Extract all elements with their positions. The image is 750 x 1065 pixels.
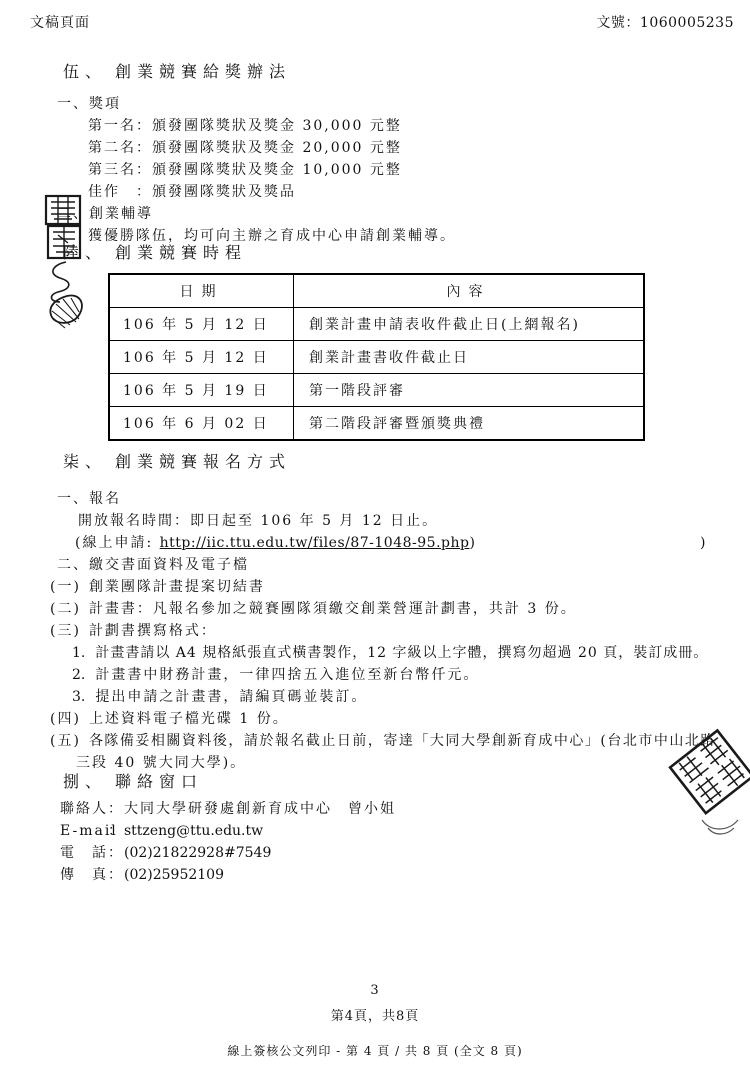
section-5-heading: 伍、創業競賽給獎辦法 <box>63 62 291 82</box>
section-7-heading: 柒、創業競賽報名方式 <box>63 452 291 472</box>
signup-open-time: 開放報名時間：即日起至 106 年 5 月 12 日止。 <box>78 512 438 530</box>
list-number: 2. <box>72 667 85 683</box>
list-text: 計畫書請以 A4 規格紙張直式橫書製作，12 字級以上字體，撰寫勿超過 20 頁… <box>95 645 708 661</box>
awards-item-2: 二、創業輔導 <box>57 205 153 223</box>
section-8-number: 捌、 <box>63 772 107 792</box>
table-row: 106 年 6 月 02 日 第二階段評審暨頒獎典禮 <box>109 407 644 441</box>
section-7-number: 柒、 <box>63 452 107 472</box>
colon: ： <box>108 845 124 861</box>
url-suffix: ) <box>469 535 474 551</box>
list-text: 計畫書中財務計畫，一律四捨五入進位至新台幣仟元。 <box>95 667 479 683</box>
date-cell: 106 年 5 月 19 日 <box>109 374 294 407</box>
url-prefix: (線上申請: <box>75 535 160 551</box>
section-7-title: 創業競賽報名方式 <box>115 452 291 472</box>
award-line-3: 第三名：頒發團隊獎狀及獎金 10,000 元整 <box>88 161 402 179</box>
awards-item-1: 一、獎項 <box>57 95 121 113</box>
signup-item-2: 二、繳交書面資料及電子檔 <box>57 556 249 574</box>
numbered-item-1: 1.計畫書請以 A4 規格紙張直式橫書製作，12 字級以上字體，撰寫勿超過 20… <box>72 644 708 662</box>
list-number: 一、 <box>57 95 89 113</box>
contact-label: 聯絡人 <box>60 800 108 818</box>
paren-item-1: (一)創業團隊計畫提案切結書 <box>50 578 265 596</box>
date-cell: 106 年 5 月 12 日 <box>109 308 294 341</box>
content-cell: 第二階段評審暨頒獎典禮 <box>294 407 645 441</box>
contact-phone-row: 電 話：(02)21822928#7549 <box>60 844 271 862</box>
list-number: 3. <box>72 689 85 705</box>
table-row: 106 年 5 月 12 日 創業計畫書收件截止日 <box>109 341 644 374</box>
list-text: 創業輔導 <box>89 206 153 222</box>
content-cell: 創業計畫書收件截止日 <box>294 341 645 374</box>
colon: ： <box>108 867 124 883</box>
list-number: 一、 <box>57 490 89 508</box>
page-header-left: 文稿頁面 <box>30 12 90 32</box>
contact-label: 電 話 <box>60 844 108 862</box>
list-number: (三) <box>50 623 81 639</box>
paren-item-5-continuation: 三段 40 號大同大學)。 <box>76 754 246 772</box>
contact-fax-value: (02)25952109 <box>124 867 224 883</box>
list-text: 計畫書：凡報名參加之競賽團隊須繳交創業營運計劃書，共計 3 份。 <box>89 601 577 617</box>
section-5-title: 創業競賽給獎辦法 <box>115 62 291 82</box>
contact-label: 傳 真 <box>60 866 108 884</box>
contact-fax-row: 傳 真：(02)25952109 <box>60 866 224 884</box>
table-header-row: 日期 內容 <box>109 274 644 308</box>
page-number-zh: 第4頁，共8頁 <box>0 1008 750 1026</box>
list-number: (四) <box>50 711 81 727</box>
section-8-heading: 捌、聯絡窗口 <box>63 772 203 792</box>
award-line-1: 第一名：頒發團隊獎狀及獎金 30,000 元整 <box>88 117 402 135</box>
content-cell: 第一階段評審 <box>294 374 645 407</box>
list-text: 提出申請之計畫書，請編頁碼並裝訂。 <box>95 689 367 705</box>
signup-item-1: 一、報名 <box>57 490 121 508</box>
section-6-number: 陸、 <box>63 243 107 263</box>
document-page: 文稿頁面 文號：1060005235 伍、創業競賽給獎辦法 一、獎項 第一名：頒… <box>0 0 750 1065</box>
numbered-item-3: 3.提出申請之計畫書，請編頁碼並裝訂。 <box>72 688 367 706</box>
contact-value: 大同大學研發處創新育成中心 曾小姐 <box>124 801 396 817</box>
section-6-title: 創業競賽時程 <box>115 243 247 263</box>
list-number: 1. <box>72 645 85 661</box>
list-number: (一) <box>50 579 81 595</box>
colon: ： <box>108 801 124 817</box>
list-text: 上述資料電子檔光碟 1 份。 <box>89 711 289 727</box>
list-text: 計劃書撰寫格式： <box>89 623 217 639</box>
date-cell: 106 年 6 月 02 日 <box>109 407 294 441</box>
contact-label: E-mail <box>60 822 108 840</box>
list-text: 創業團隊計畫提案切結書 <box>89 579 265 595</box>
list-number: (二) <box>50 601 81 617</box>
schedule-table: 日期 內容 106 年 5 月 12 日 創業計畫申請表收件截止日(上網報名) … <box>108 273 645 441</box>
list-text: 各隊備妥相關資料後，請於報名截止日前，寄達「大同大學創新育成中心」(台北市中山北… <box>89 733 716 749</box>
page-number-small: 3 <box>0 982 750 1000</box>
list-number: (五) <box>50 733 81 749</box>
table-row: 106 年 5 月 12 日 創業計畫申請表收件截止日(上網報名) <box>109 308 644 341</box>
award-line-2: 第二名：頒發團隊獎狀及獎金 20,000 元整 <box>88 139 402 157</box>
list-number: 二、 <box>57 556 89 574</box>
section-8-title: 聯絡窗口 <box>115 772 203 792</box>
section-5-number: 伍、 <box>63 62 107 82</box>
list-text: 獎項 <box>89 96 121 112</box>
apply-url-link[interactable]: http://iic.ttu.edu.tw/files/87-1048-95.p… <box>160 535 470 551</box>
contact-phone-value: (02)21822928#7549 <box>124 845 271 861</box>
section-6-heading: 陸、創業競賽時程 <box>63 243 247 263</box>
column-header-date: 日期 <box>109 274 294 308</box>
date-cell: 106 年 5 月 12 日 <box>109 341 294 374</box>
contact-email-row: E-mail：sttzeng@ttu.edu.tw <box>60 822 263 840</box>
paren-item-3: (三)計劃書撰寫格式： <box>50 622 217 640</box>
paren-item-2: (二)計畫書：凡報名參加之競賽團隊須繳交創業營運計劃書，共計 3 份。 <box>50 600 577 618</box>
numbered-item-2: 2.計畫書中財務計畫，一律四捨五入進位至新台幣仟元。 <box>72 666 479 684</box>
stray-paren: ) <box>700 534 705 552</box>
colon: ： <box>108 823 124 839</box>
online-apply-line: (線上申請: http://iic.ttu.edu.tw/files/87-10… <box>75 534 475 552</box>
table-row: 106 年 5 月 19 日 第一階段評審 <box>109 374 644 407</box>
list-text: 報名 <box>89 491 121 507</box>
contact-email-value[interactable]: sttzeng@ttu.edu.tw <box>124 823 263 839</box>
print-footer: 線上簽核公文列印 - 第 4 頁 / 共 8 頁 (全文 8 頁) <box>0 1042 750 1060</box>
column-header-content: 內容 <box>294 274 645 308</box>
paren-item-5: (五)各隊備妥相關資料後，請於報名截止日前，寄達「大同大學創新育成中心」(台北市… <box>50 732 716 750</box>
award-line-4: 佳作 ：頒發團隊獎狀及獎品 <box>88 183 296 201</box>
document-number: 文號：1060005235 <box>596 12 734 32</box>
list-text: 繳交書面資料及電子檔 <box>89 557 249 573</box>
paren-item-4: (四)上述資料電子檔光碟 1 份。 <box>50 710 289 728</box>
contact-person-row: 聯絡人：大同大學研發處創新育成中心 曾小姐 <box>60 800 396 818</box>
list-number: 二、 <box>57 205 89 223</box>
content-cell: 創業計畫申請表收件截止日(上網報名) <box>294 308 645 341</box>
